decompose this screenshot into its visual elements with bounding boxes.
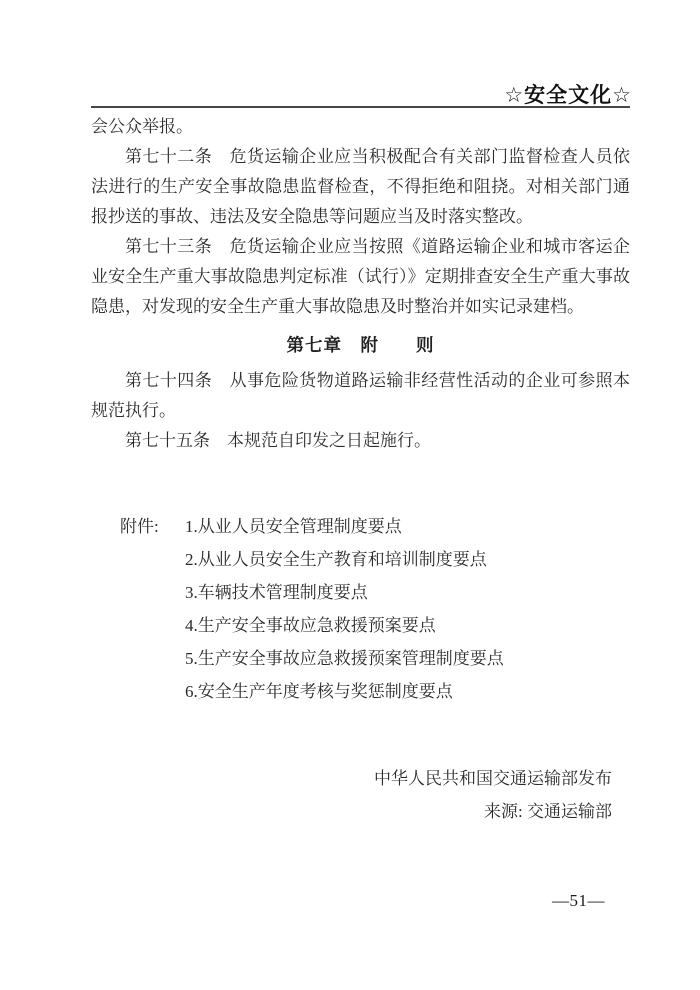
header-divider-line	[91, 106, 630, 108]
attachments-section: 附件: 1.从业人员安全管理制度要点 2.从业人员安全生产教育和培训制度要点 3…	[91, 510, 630, 708]
document-page: ☆安全文化☆ 会公众举报。 第七十二条 危货运输企业应当积极配合有关部门监督检查…	[0, 0, 700, 990]
publisher-block: 中华人民共和国交通运输部发布 来源: 交通运输部	[91, 762, 630, 828]
chapter-heading: 第七章 附 则	[91, 330, 630, 360]
continuation-paragraph: 会公众举报。	[91, 112, 630, 142]
attachments-label: 附件:	[120, 510, 185, 543]
paragraph-article-74: 第七十四条 从事危险货物道路运输非经营性活动的企业可参照本规范执行。	[91, 366, 630, 426]
attachment-item-5: 5.生产安全事故应急救援预案管理制度要点	[185, 642, 504, 675]
paragraph-article-75: 第七十五条 本规范自印发之日起施行。	[91, 426, 630, 456]
page-number: —51—	[552, 891, 605, 911]
attachment-item-1: 1.从业人员安全管理制度要点	[185, 510, 504, 543]
document-body: 会公众举报。 第七十二条 危货运输企业应当积极配合有关部门监督检查人员依法进行的…	[91, 112, 630, 828]
publisher-line: 中华人民共和国交通运输部发布	[91, 762, 612, 795]
attachment-item-3: 3.车辆技术管理制度要点	[185, 576, 504, 609]
source-line: 来源: 交通运输部	[91, 795, 612, 828]
attachment-item-4: 4.生产安全事故应急救援预案要点	[185, 609, 504, 642]
paragraph-article-72: 第七十二条 危货运输企业应当积极配合有关部门监督检查人员依法进行的生产安全事故隐…	[91, 142, 630, 232]
attachment-item-6: 6.安全生产年度考核与奖惩制度要点	[185, 675, 504, 708]
attachment-item-2: 2.从业人员安全生产教育和培训制度要点	[185, 543, 504, 576]
page-header-title: ☆安全文化☆	[504, 79, 632, 109]
paragraph-article-73: 第七十三条 危货运输企业应当按照《道路运输企业和城市客运企业安全生产重大事故隐患…	[91, 232, 630, 322]
attachments-list: 1.从业人员安全管理制度要点 2.从业人员安全生产教育和培训制度要点 3.车辆技…	[185, 510, 504, 708]
